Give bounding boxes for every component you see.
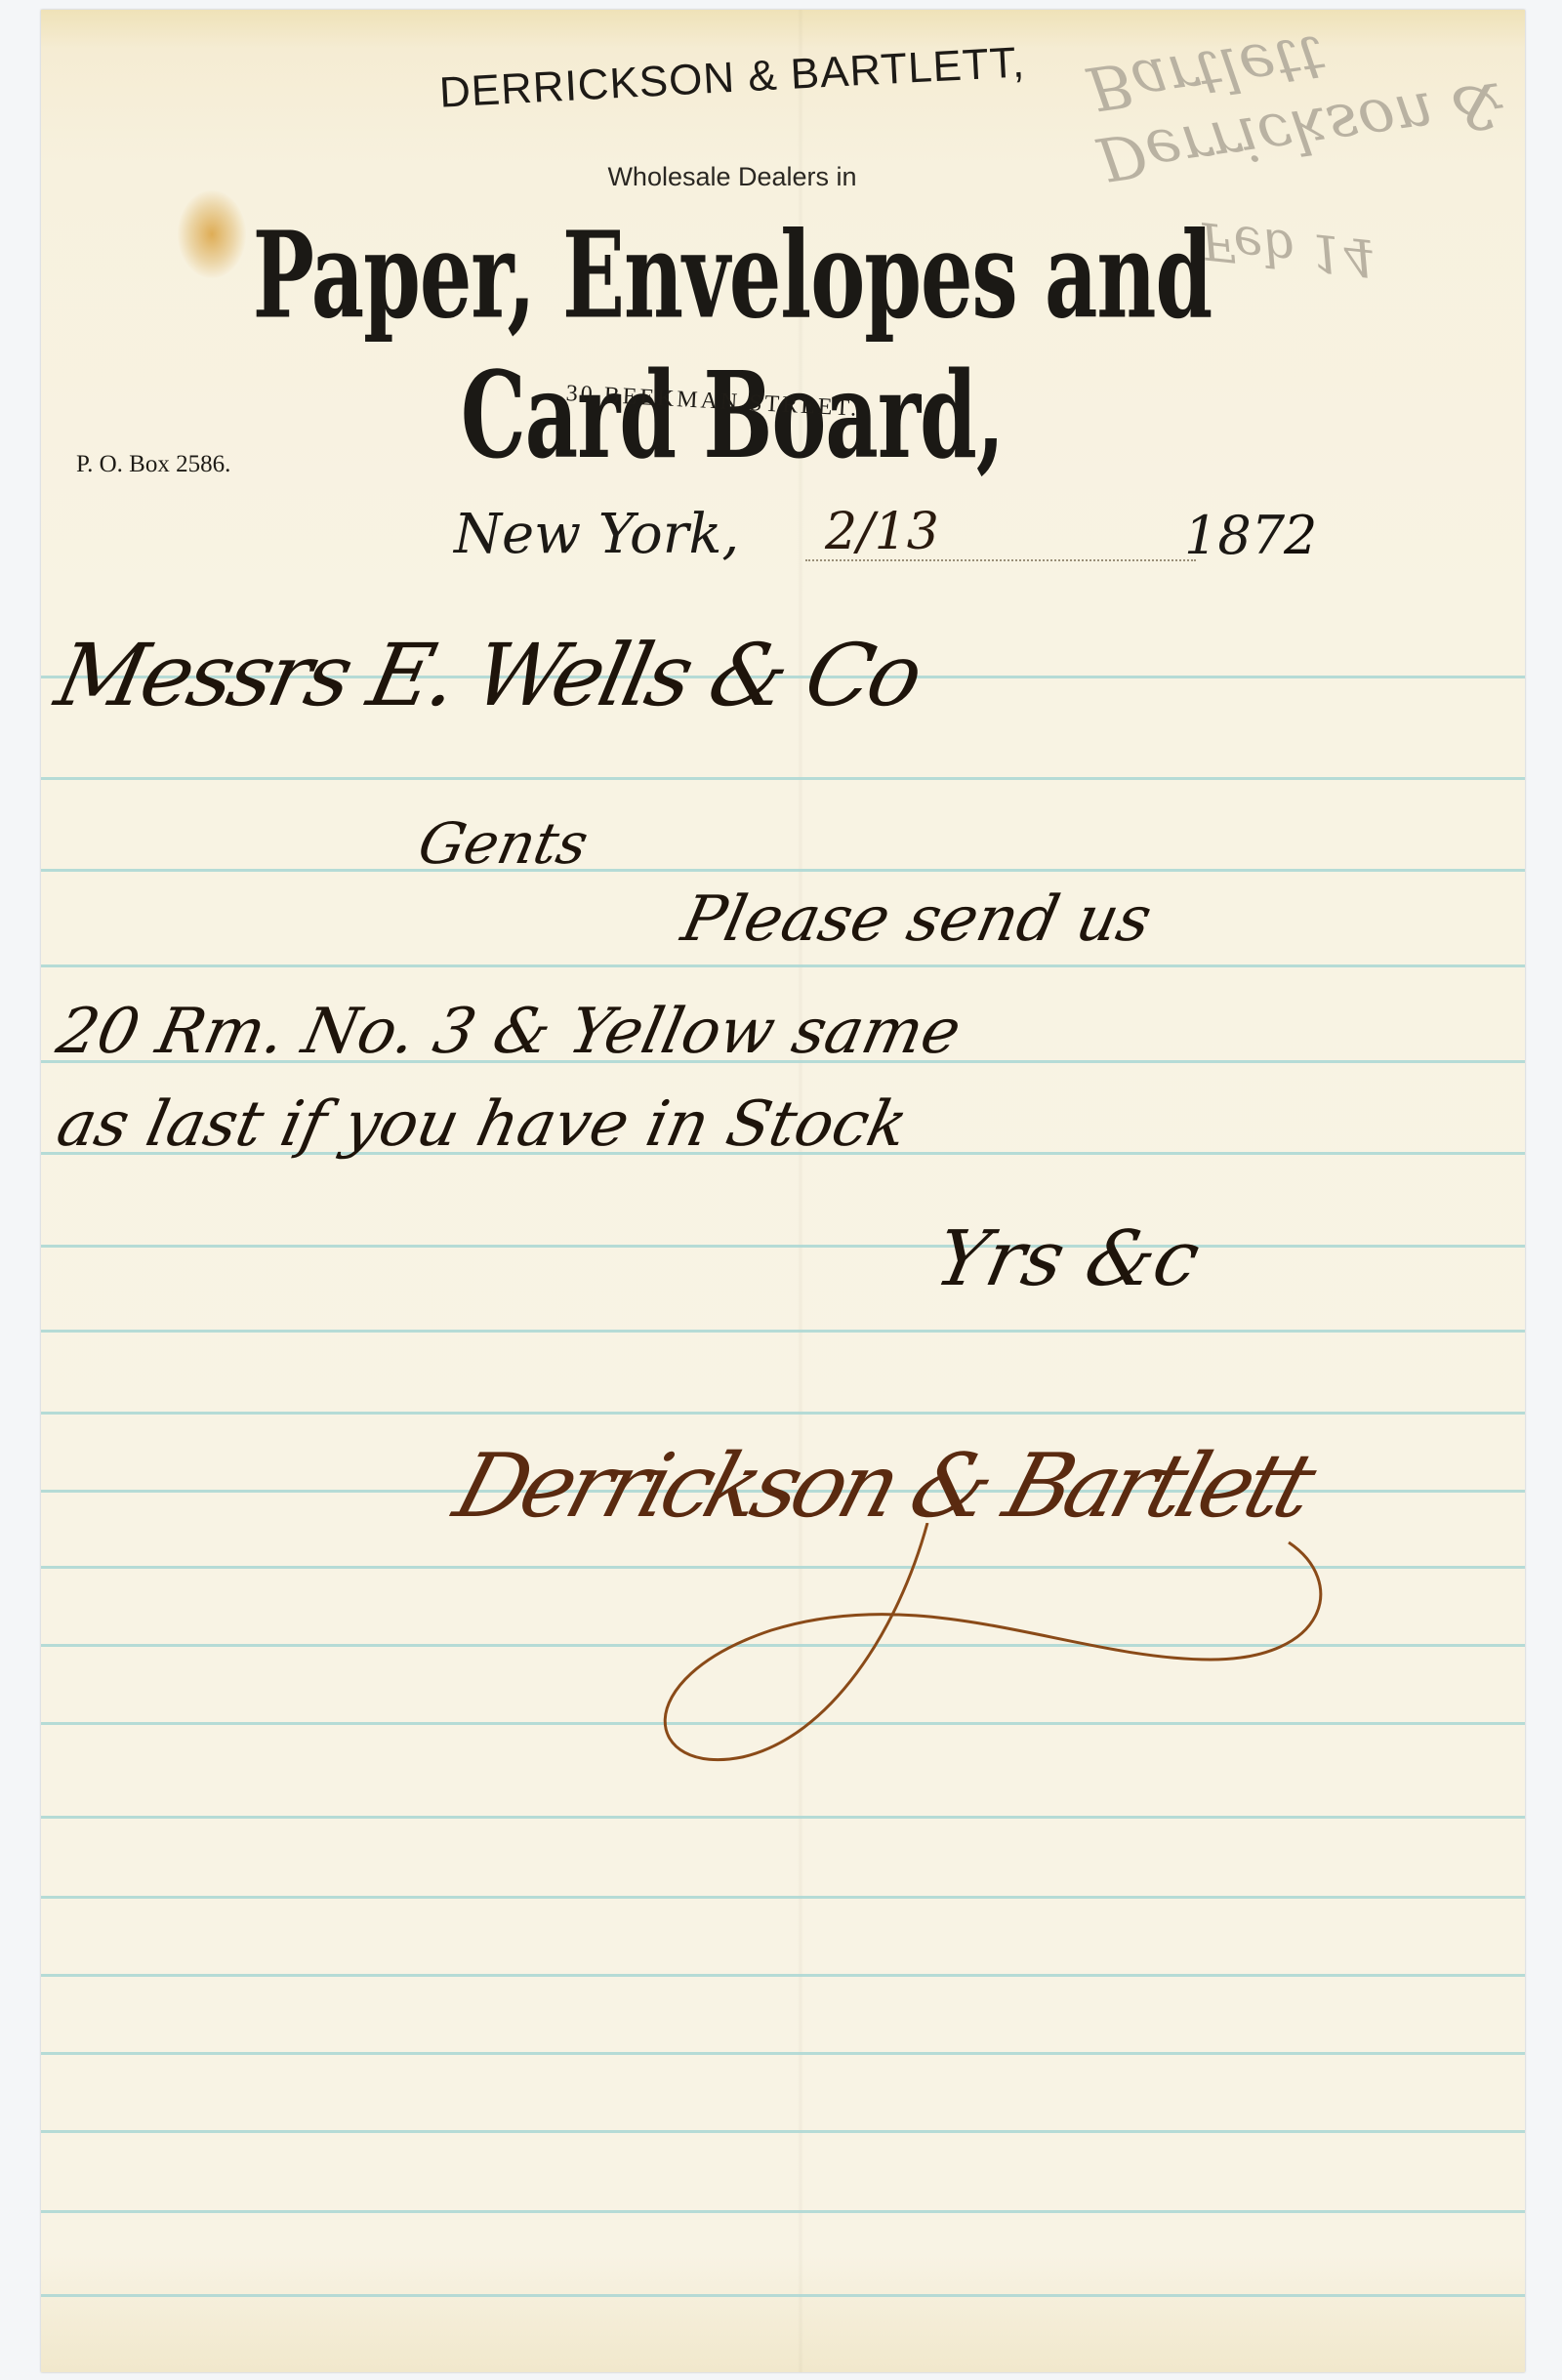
closing: Yrs &c [927,1215,1207,1303]
po-box: P. O. Box 2586. [76,451,230,478]
place-name: New York, [454,503,739,566]
body-line-2: 20 Rm. No. 3 & Yellow same [51,996,966,1068]
salutation: Gents [413,810,595,877]
body-line-3: as last if you have in Stock [51,1088,914,1161]
handwritten-date: 2/13 [825,503,939,561]
ruled-line [41,1974,1525,1977]
ruled-line [41,1816,1525,1819]
ruled-line [41,1412,1525,1415]
date-dotted-line [805,559,1196,561]
ruled-line [41,2052,1525,2055]
ruled-line [41,777,1525,780]
ruled-line [41,869,1525,872]
firm-subtitle: Wholesale Dealers in [527,162,937,192]
body-line-1: Please send us [676,883,1158,956]
ruled-line [41,1330,1525,1333]
ruled-line [41,964,1525,967]
printed-year: 187 [1184,505,1285,566]
ruled-line [41,1896,1525,1899]
addressee: Messrs E. Wells & Co [48,625,927,725]
ruled-line [41,2294,1525,2297]
dateline: New York, 2/13 187 2 [454,503,1430,581]
handwritten-year-digit: 2 [1284,505,1317,566]
ruled-line [41,2210,1525,2213]
signature-flourish-icon [605,1523,1347,1777]
ruled-line [41,1245,1525,1248]
firm-goods-line: Paper, Envelopes and Card Board, [215,205,1250,485]
ruled-line [41,2130,1525,2133]
